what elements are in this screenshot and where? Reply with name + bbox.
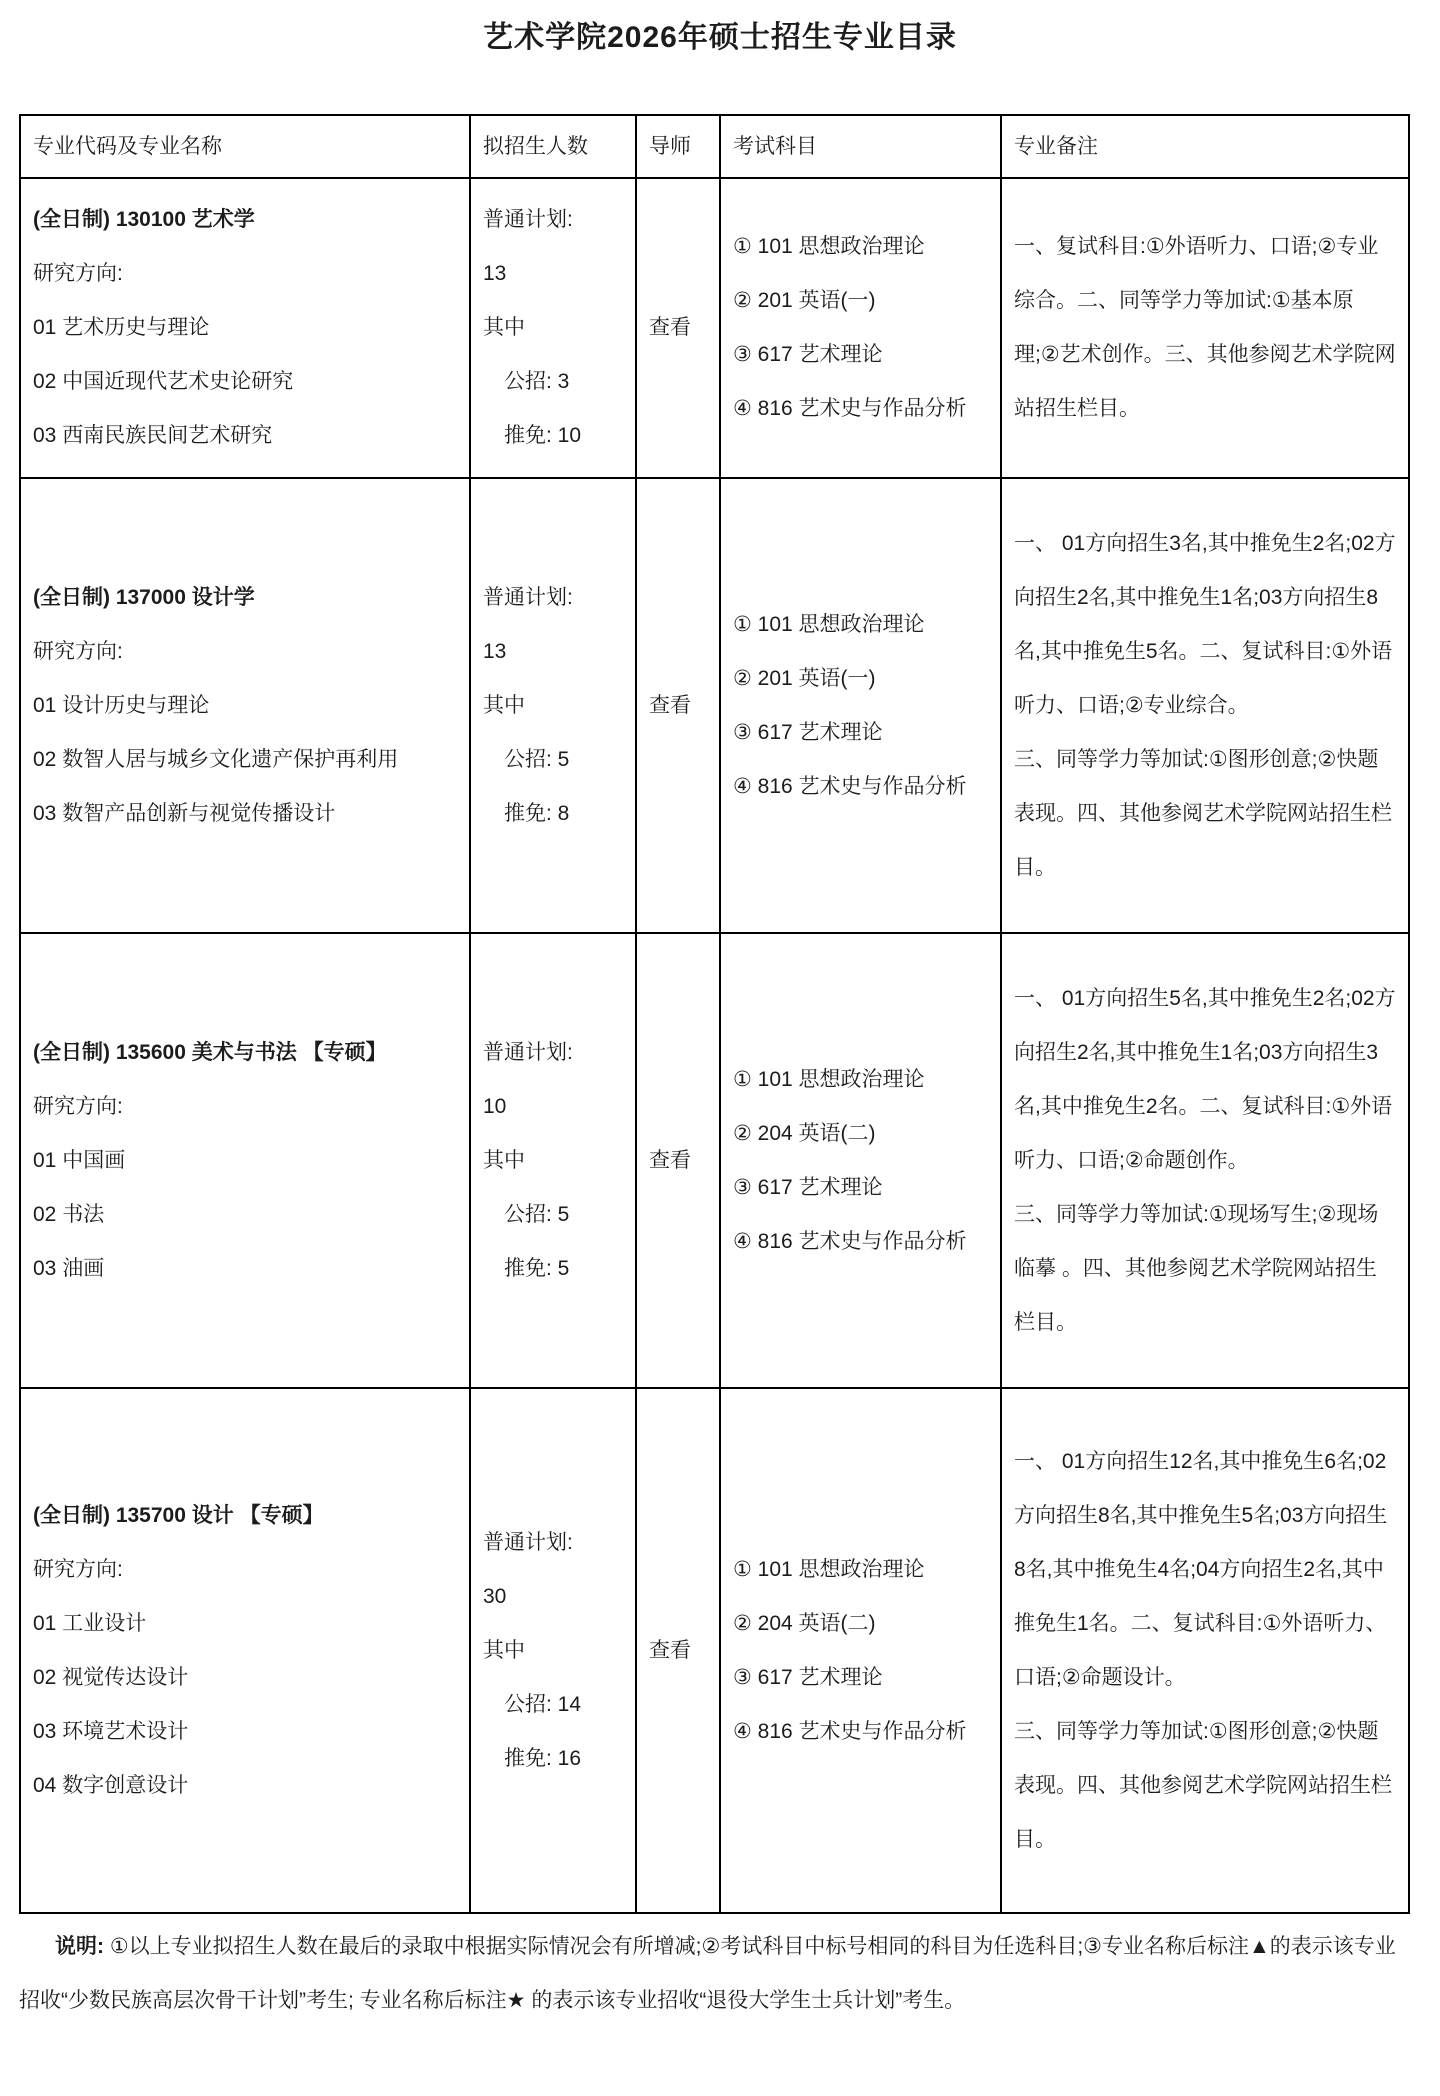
- program-row-137000: (全日制) 137000 设计学 研究方向: 01 设计历史与理论 02 数智人…: [20, 478, 1409, 933]
- header-enrollment: 拟招生人数: [470, 115, 636, 178]
- advisor-view-link[interactable]: 查看: [649, 1149, 691, 1172]
- notes-text: ①以上专业拟招生人数在最后的录取中根据实际情况会有所增减;②考试科目中标号相同的…: [19, 1935, 1396, 2012]
- exam-subjects-cell: ① 101 思想政治理论 ② 201 英语(一) ③ 617 艺术理论 ④ 81…: [720, 178, 1001, 478]
- advisor-cell: 查看: [636, 933, 720, 1388]
- program-cell: (全日制) 137000 设计学 研究方向: 01 设计历史与理论 02 数智人…: [20, 478, 470, 933]
- advisor-cell: 查看: [636, 1388, 720, 1913]
- enrollment-lines: 普通计划: 13 其中 公招: 5 推免: 8: [483, 571, 623, 841]
- exam-subjects-list: ① 101 思想政治理论 ② 204 英语(二) ③ 617 艺术理论 ④ 81…: [733, 1543, 988, 1759]
- program-title: (全日制) 135700 设计 【专硕】: [33, 1489, 457, 1543]
- exam-subjects-list: ① 101 思想政治理论 ② 204 英语(二) ③ 617 艺术理论 ④ 81…: [733, 1053, 988, 1269]
- remarks-cell: 一、 01方向招生3名,其中推免生2名;02方向招生2名,其中推免生1名;03方…: [1001, 478, 1409, 933]
- remarks-text: 一、 01方向招生5名,其中推免生2名;02方向招生2名,其中推免生1名;03方…: [1014, 972, 1396, 1350]
- notes-paragraph: 说明: ①以上专业拟招生人数在最后的录取中根据实际情况会有所增减;②考试科目中标…: [19, 1920, 1408, 2028]
- exam-subjects-cell: ① 101 思想政治理论 ② 204 英语(二) ③ 617 艺术理论 ④ 81…: [720, 1388, 1001, 1913]
- program-directions: 研究方向: 01 工业设计 02 视觉传达设计 03 环境艺术设计 04 数字创…: [33, 1543, 457, 1813]
- program-directions: 研究方向: 01 艺术历史与理论 02 中国近现代艺术史论研究 03 西南民族民…: [33, 247, 457, 463]
- enrollment-lines: 普通计划: 30 其中 公招: 14 推免: 16: [483, 1516, 623, 1786]
- enrollment-cell: 普通计划: 13 其中 公招: 3 推免: 10: [470, 178, 636, 478]
- program-directions: 研究方向: 01 设计历史与理论 02 数智人居与城乡文化遗产保护再利用 03 …: [33, 625, 457, 841]
- program-cell: (全日制) 130100 艺术学 研究方向: 01 艺术历史与理论 02 中国近…: [20, 178, 470, 478]
- program-title: (全日制) 135600 美术与书法 【专硕】: [33, 1026, 457, 1080]
- program-title: (全日制) 137000 设计学: [33, 571, 457, 625]
- program-cell: (全日制) 135600 美术与书法 【专硕】 研究方向: 01 中国画 02 …: [20, 933, 470, 1388]
- exam-subjects-list: ① 101 思想政治理论 ② 201 英语(一) ③ 617 艺术理论 ④ 81…: [733, 220, 988, 436]
- table-header-row: 专业代码及专业名称 拟招生人数 导师 考试科目 专业备注: [20, 115, 1409, 178]
- enrollment-lines: 普通计划: 13 其中 公招: 3 推免: 10: [483, 193, 623, 463]
- enrollment-cell: 普通计划: 13 其中 公招: 5 推免: 8: [470, 478, 636, 933]
- enrollment-cell: 普通计划: 30 其中 公招: 14 推免: 16: [470, 1388, 636, 1913]
- header-remarks: 专业备注: [1001, 115, 1409, 178]
- program-cell: (全日制) 135700 设计 【专硕】 研究方向: 01 工业设计 02 视觉…: [20, 1388, 470, 1913]
- exam-subjects-cell: ① 101 思想政治理论 ② 204 英语(二) ③ 617 艺术理论 ④ 81…: [720, 933, 1001, 1388]
- enrollment-lines: 普通计划: 10 其中 公招: 5 推免: 5: [483, 1026, 623, 1296]
- remarks-text: 一、 01方向招生3名,其中推免生2名;02方向招生2名,其中推免生1名;03方…: [1014, 517, 1396, 895]
- remarks-cell: 一、复试科目:①外语听力、口语;②专业综合。二、同等学力等加试:①基本原理;②艺…: [1001, 178, 1409, 478]
- remarks-text: 一、复试科目:①外语听力、口语;②专业综合。二、同等学力等加试:①基本原理;②艺…: [1014, 220, 1396, 436]
- header-exam-subjects: 考试科目: [720, 115, 1001, 178]
- header-advisor: 导师: [636, 115, 720, 178]
- notes-label: 说明:: [55, 1935, 104, 1958]
- admissions-table: 专业代码及专业名称 拟招生人数 导师 考试科目 专业备注 (全日制) 13010…: [19, 114, 1410, 1914]
- program-directions: 研究方向: 01 中国画 02 书法 03 油画: [33, 1080, 457, 1296]
- remarks-cell: 一、 01方向招生5名,其中推免生2名;02方向招生2名,其中推免生1名;03方…: [1001, 933, 1409, 1388]
- page-title: 艺术学院2026年硕士招生专业目录: [0, 16, 1440, 60]
- program-row-130100: (全日制) 130100 艺术学 研究方向: 01 艺术历史与理论 02 中国近…: [20, 178, 1409, 478]
- exam-subjects-list: ① 101 思想政治理论 ② 201 英语(一) ③ 617 艺术理论 ④ 81…: [733, 598, 988, 814]
- advisor-view-link[interactable]: 查看: [649, 316, 691, 339]
- advisor-view-link[interactable]: 查看: [649, 694, 691, 717]
- remarks-cell: 一、 01方向招生12名,其中推免生6名;02方向招生8名,其中推免生5名;03…: [1001, 1388, 1409, 1913]
- program-title: (全日制) 130100 艺术学: [33, 193, 457, 247]
- advisor-view-link[interactable]: 查看: [649, 1639, 691, 1662]
- program-row-135700: (全日制) 135700 设计 【专硕】 研究方向: 01 工业设计 02 视觉…: [20, 1388, 1409, 1913]
- remarks-text: 一、 01方向招生12名,其中推免生6名;02方向招生8名,其中推免生5名;03…: [1014, 1435, 1396, 1867]
- advisor-cell: 查看: [636, 178, 720, 478]
- enrollment-cell: 普通计划: 10 其中 公招: 5 推免: 5: [470, 933, 636, 1388]
- exam-subjects-cell: ① 101 思想政治理论 ② 201 英语(一) ③ 617 艺术理论 ④ 81…: [720, 478, 1001, 933]
- header-program-name: 专业代码及专业名称: [20, 115, 470, 178]
- program-row-135600: (全日制) 135600 美术与书法 【专硕】 研究方向: 01 中国画 02 …: [20, 933, 1409, 1388]
- advisor-cell: 查看: [636, 478, 720, 933]
